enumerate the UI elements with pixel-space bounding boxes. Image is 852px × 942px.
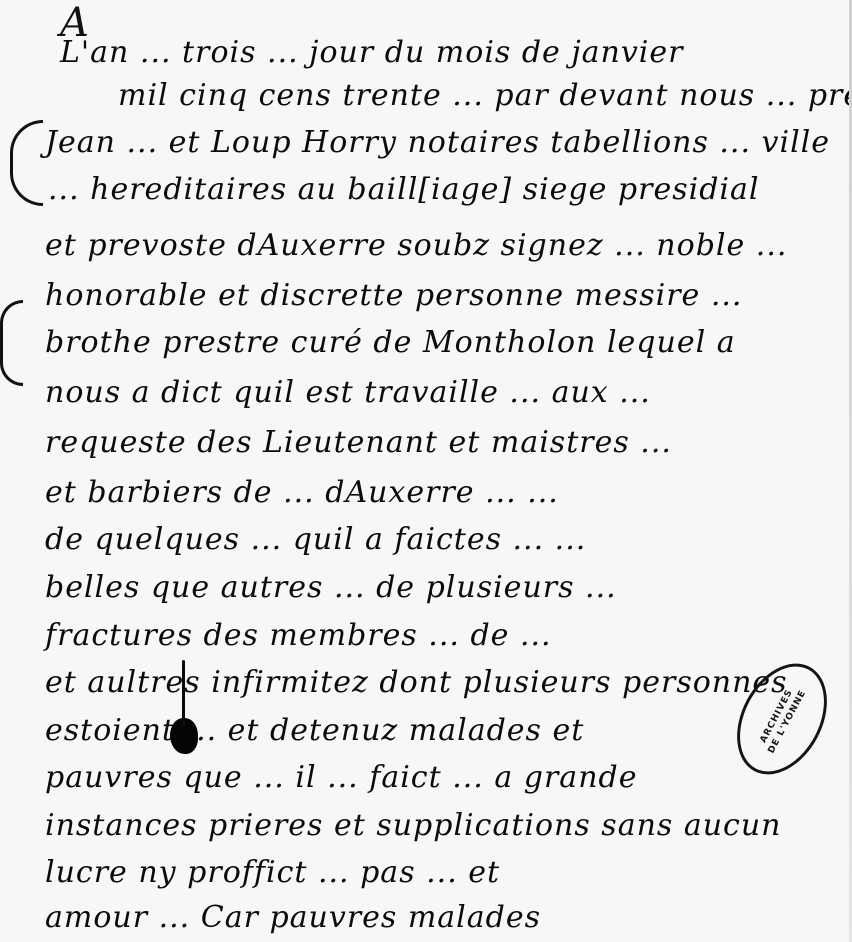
manuscript-line: estoient ... et detenuz malades et — [45, 713, 584, 748]
manuscript-line: amour ... Car pauvres malades — [45, 900, 541, 935]
manuscript-line: belles que autres ... de plusieurs ... — [45, 570, 617, 605]
manuscript-line: L'an ... trois ... jour du mois de janvi… — [60, 35, 683, 70]
manuscript-line: de quelques ... quil a faictes ... ... — [45, 522, 586, 557]
manuscript-line: lucre ny proffict ... pas ... et — [45, 855, 500, 890]
manuscript-line: ... hereditaires au baill[iage] siege pr… — [48, 172, 759, 207]
manuscript-line: pauvres que ... il ... faict ... a grand… — [45, 760, 637, 795]
manuscript-page: A L'an ... trois ... jour du mois de jan… — [0, 0, 852, 942]
manuscript-line: et aultres infirmitez dont plusieurs per… — [45, 665, 788, 700]
ink-stroke-descender — [182, 660, 185, 730]
manuscript-line: instances prieres et supplications sans … — [45, 808, 781, 843]
margin-bracket-top — [10, 120, 43, 206]
manuscript-line: requeste des Lieutenant et maistres ... — [45, 425, 672, 460]
margin-bracket-middle — [0, 300, 23, 386]
archive-stamp-text: ARCHIVES DE L'YONNE — [755, 682, 809, 755]
manuscript-line: et prevoste dAuxerre soubz signez ... no… — [45, 228, 787, 263]
manuscript-line: fractures des membres ... de ... — [45, 618, 552, 653]
manuscript-line: honorable et discrette personne messire … — [45, 278, 742, 313]
manuscript-line: brothe prestre curé de Montholon lequel … — [45, 325, 736, 360]
manuscript-line: mil cinq cens trente ... par devant nous… — [118, 78, 852, 113]
manuscript-line: et barbiers de ... dAuxerre ... ... — [45, 475, 559, 510]
manuscript-line: Jean ... et Loup Horry notaires tabellio… — [45, 125, 830, 160]
manuscript-line: nous a dict quil est travaille ... aux .… — [45, 375, 651, 410]
